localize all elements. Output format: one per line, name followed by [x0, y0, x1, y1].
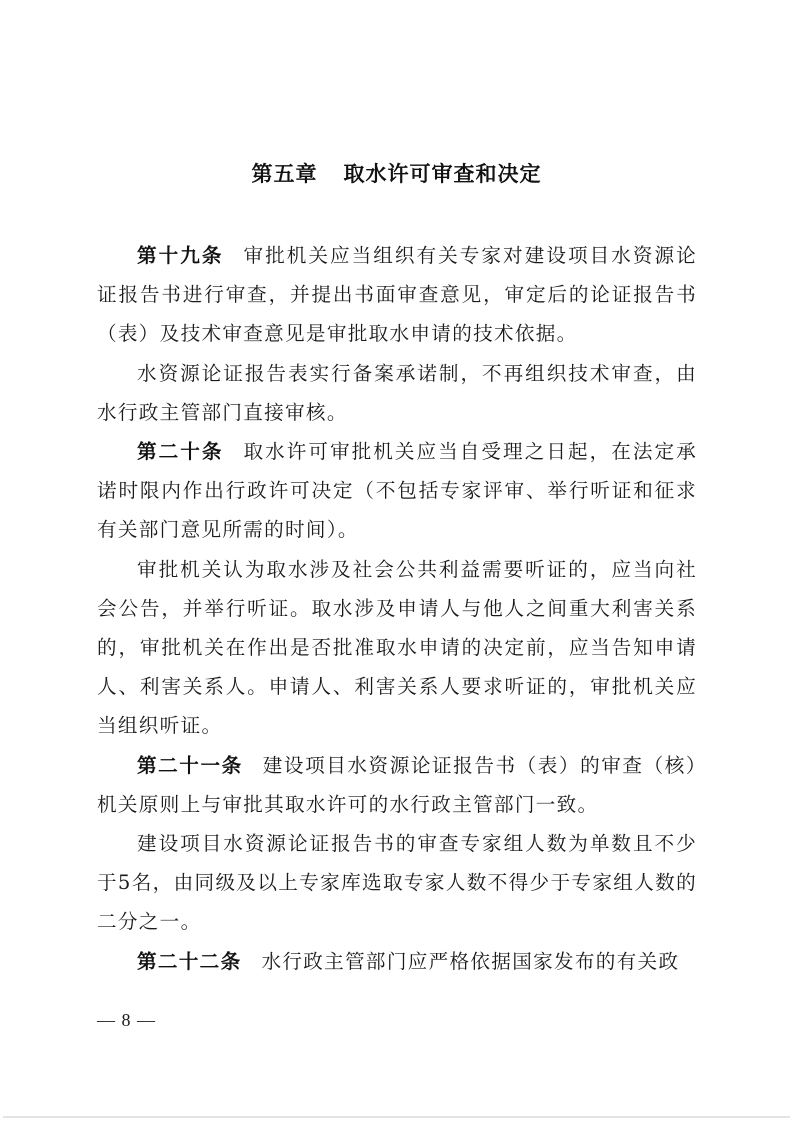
paragraph: 水资源论证报告表实行备案承诺制，不再组织技术审查，由水行政主管部门直接审核。 [97, 354, 697, 432]
article-number: 第二十条 [137, 440, 224, 463]
paragraph: 建设项目水资源论证报告书的审查专家组人数为单数且不少于5名，由同级及以上专家库选… [97, 824, 697, 942]
paragraph-article-22: 第二十二条水行政主管部门应严格依据国家发布的有关政 [97, 942, 697, 981]
paragraph: 审批机关认为取水涉及社会公共利益需要听证的，应当向社会公告，并举行听证。取水涉及… [97, 550, 697, 746]
paragraph-article-21: 第二十一条建设项目水资源论证报告书（表）的审查（核）机关原则上与审批其取水许可的… [97, 746, 697, 824]
article-number: 第十九条 [137, 244, 224, 267]
paragraph-text: 建设项目水资源论证报告书的审查专家组人数为单数且不少于5名，由同级及以上专家库选… [97, 832, 697, 933]
paragraph-text: 水资源论证报告表实行备案承诺制，不再组织技术审查，由水行政主管部门直接审核。 [97, 362, 697, 424]
page-number: — 8 — [97, 1010, 156, 1031]
chapter-heading: 取水许可审查和决定 [344, 162, 542, 186]
paragraph-article-20: 第二十条取水许可审批机关应当自受理之日起，在法定承诺时限内作出行政许可决定（不包… [97, 432, 697, 550]
chapter-number: 第五章 [252, 162, 318, 186]
paragraph-article-19: 第十九条审批机关应当组织有关专家对建设项目水资源论证报告书进行审查，并提出书面审… [97, 236, 697, 354]
article-number: 第二十二条 [137, 950, 241, 973]
document-page: 第五章取水许可审查和决定 第十九条审批机关应当组织有关专家对建设项目水资源论证报… [0, 0, 793, 1122]
chapter-title: 第五章取水许可审查和决定 [0, 158, 793, 188]
paragraph-text: 审批机关认为取水涉及社会公共利益需要听证的，应当向社会公告，并举行听证。取水涉及… [97, 558, 697, 738]
body-text: 第十九条审批机关应当组织有关专家对建设项目水资源论证报告书进行审查，并提出书面审… [97, 236, 697, 981]
page-bottom-edge [3, 1116, 790, 1118]
paragraph-text: 水行政主管部门应严格依据国家发布的有关政 [261, 950, 679, 973]
article-number: 第二十一条 [137, 754, 243, 777]
